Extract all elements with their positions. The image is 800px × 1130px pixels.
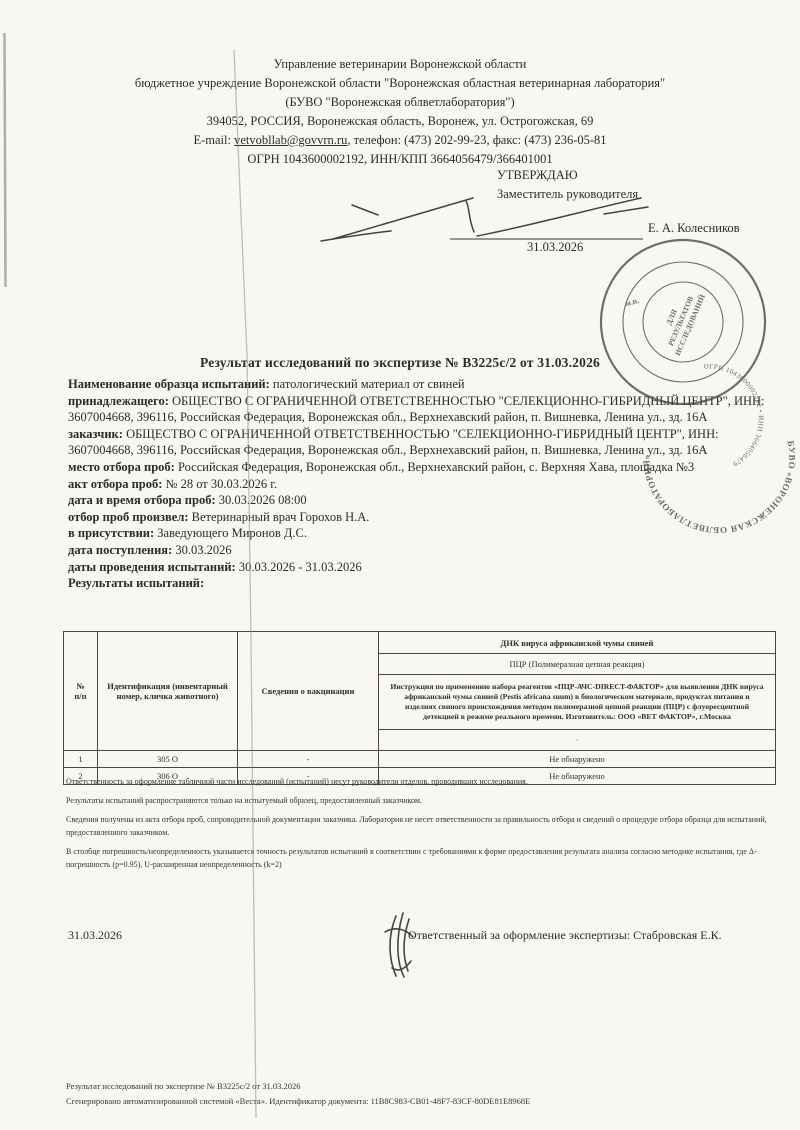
footer-expertise-line: Результат исследований по экспертизе № В… — [66, 1079, 530, 1094]
signoff-date: 31.03.2026 — [68, 928, 122, 943]
field-sampling-act: акт отбора проб: № 28 от 30.03.2026 г. — [68, 476, 774, 493]
approval-block: УТВЕРЖДАЮ Заместитель руководителя — [497, 166, 638, 204]
field-sampler: отбор проб произвел: Ветеринарный врач Г… — [68, 509, 774, 526]
field-sample-name: Наименование образца испытаний: патологи… — [68, 376, 774, 393]
approver-signature — [321, 198, 648, 241]
spacer-cell: · — [379, 730, 776, 751]
org-contacts: E-mail: vetvobllab@govvrn.ru, телефон: (… — [70, 131, 730, 150]
document-page: Управление ветеринарии Воронежской облас… — [0, 0, 800, 1130]
col-header-number: № п/п — [64, 632, 98, 751]
document-footer: Результат исследований по экспертизе № В… — [66, 1079, 530, 1108]
sample-fields: Наименование образца испытаний: патологи… — [68, 376, 774, 592]
col-header-dna-group: ДНК вируса африканской чумы свиней — [379, 632, 776, 654]
row-vaccination: - — [238, 751, 379, 768]
approver-position: Заместитель руководителя — [497, 185, 638, 204]
org-address: 394052, РОССИЯ, Воронежская область, Вор… — [70, 112, 730, 131]
responsible-signature — [385, 913, 413, 977]
responsible-person: Ответственный за оформление экспертизы: … — [408, 928, 722, 943]
row-number: 1 — [64, 751, 98, 768]
org-name-line2: бюджетное учреждение Воронежской области… — [70, 74, 730, 93]
document-title: Результат исследований по экспертизе № В… — [0, 355, 800, 371]
email-label: E-mail: — [193, 133, 231, 147]
footnote: Ответственность за оформление табличной … — [66, 775, 768, 788]
field-owner: принадлежащего: ОБЩЕСТВО С ОГРАНИЧЕННОЙ … — [68, 393, 774, 426]
field-test-dates: даты проведения испытаний: 30.03.2026 - … — [68, 559, 774, 576]
footer-generated-line: Сгенерировано автоматизированной системо… — [66, 1094, 530, 1109]
field-sampling-place: место отбора проб: Российская Федерация,… — [68, 459, 774, 476]
stamp-mp-mark: м.п. — [624, 296, 640, 308]
field-witness: в присутствии: Заведующего Миронов Д.С. — [68, 525, 774, 542]
org-name-line1: Управление ветеринарии Воронежской облас… — [70, 55, 730, 74]
field-receipt-date: дата поступления: 30.03.2026 — [68, 542, 774, 559]
approval-date: 31.03.2026 — [527, 240, 583, 255]
approval-word: УТВЕРЖДАЮ — [497, 166, 638, 185]
stamp-middle-circle — [610, 249, 757, 396]
col-header-identification: Идентификация (инвентарный номер, кличка… — [98, 632, 238, 751]
svg-text:РЕЗУЛЬТАТОВ: РЕЗУЛЬТАТОВ — [666, 295, 695, 347]
footnote: В столбце погрешность/неопределенность у… — [66, 845, 768, 871]
stamp-center-text: ДЛЯ РЕЗУЛЬТАТОВ ИССЛЕДОВАНИЙ — [655, 285, 707, 357]
svg-text:ДЛЯ: ДЛЯ — [664, 307, 679, 326]
field-results-heading: Результаты испытаний: — [68, 575, 774, 592]
footnote: Результаты испытаний распространяются то… — [66, 794, 768, 807]
results-table: № п/п Идентификация (инвентарный номер, … — [63, 631, 776, 785]
col-header-vaccination: Сведения о вакцинации — [238, 632, 379, 751]
field-sampling-datetime: дата и время отбора проб: 30.03.2026 08:… — [68, 492, 774, 509]
scan-edge-line — [5, 33, 6, 287]
org-name-line3: (БУВО "Воронежская облветлаборатория") — [70, 93, 730, 112]
row-identification: 305 O — [98, 751, 238, 768]
method-description: Инструкция по применению набора реагенто… — [379, 675, 776, 730]
row-result: Не обнаружено — [379, 751, 776, 768]
org-phone-fax: , телефон: (473) 202-99-23, факс: (473) … — [347, 133, 606, 147]
org-header: Управление ветеринарии Воронежской облас… — [70, 55, 730, 169]
approver-name: Е. А. Колесников — [648, 221, 740, 236]
table-header-row: № п/п Идентификация (инвентарный номер, … — [64, 632, 776, 654]
footnote: Сведения получены из акта отбора проб, с… — [66, 813, 768, 839]
col-header-pcr: ПЦР (Полимеразная цепная реакция) — [379, 654, 776, 675]
org-email: vetvobllab@govvrn.ru — [234, 133, 347, 147]
field-customer: заказчик: ОБЩЕСТВО С ОГРАНИЧЕННОЙ ОТВЕТС… — [68, 426, 774, 459]
table-row: 1 305 O - Не обнаружено — [64, 751, 776, 768]
svg-text:ИССЛЕДОВАНИЙ: ИССЛЕДОВАНИЙ — [673, 293, 707, 357]
footnotes: Ответственность за оформление табличной … — [66, 775, 768, 877]
